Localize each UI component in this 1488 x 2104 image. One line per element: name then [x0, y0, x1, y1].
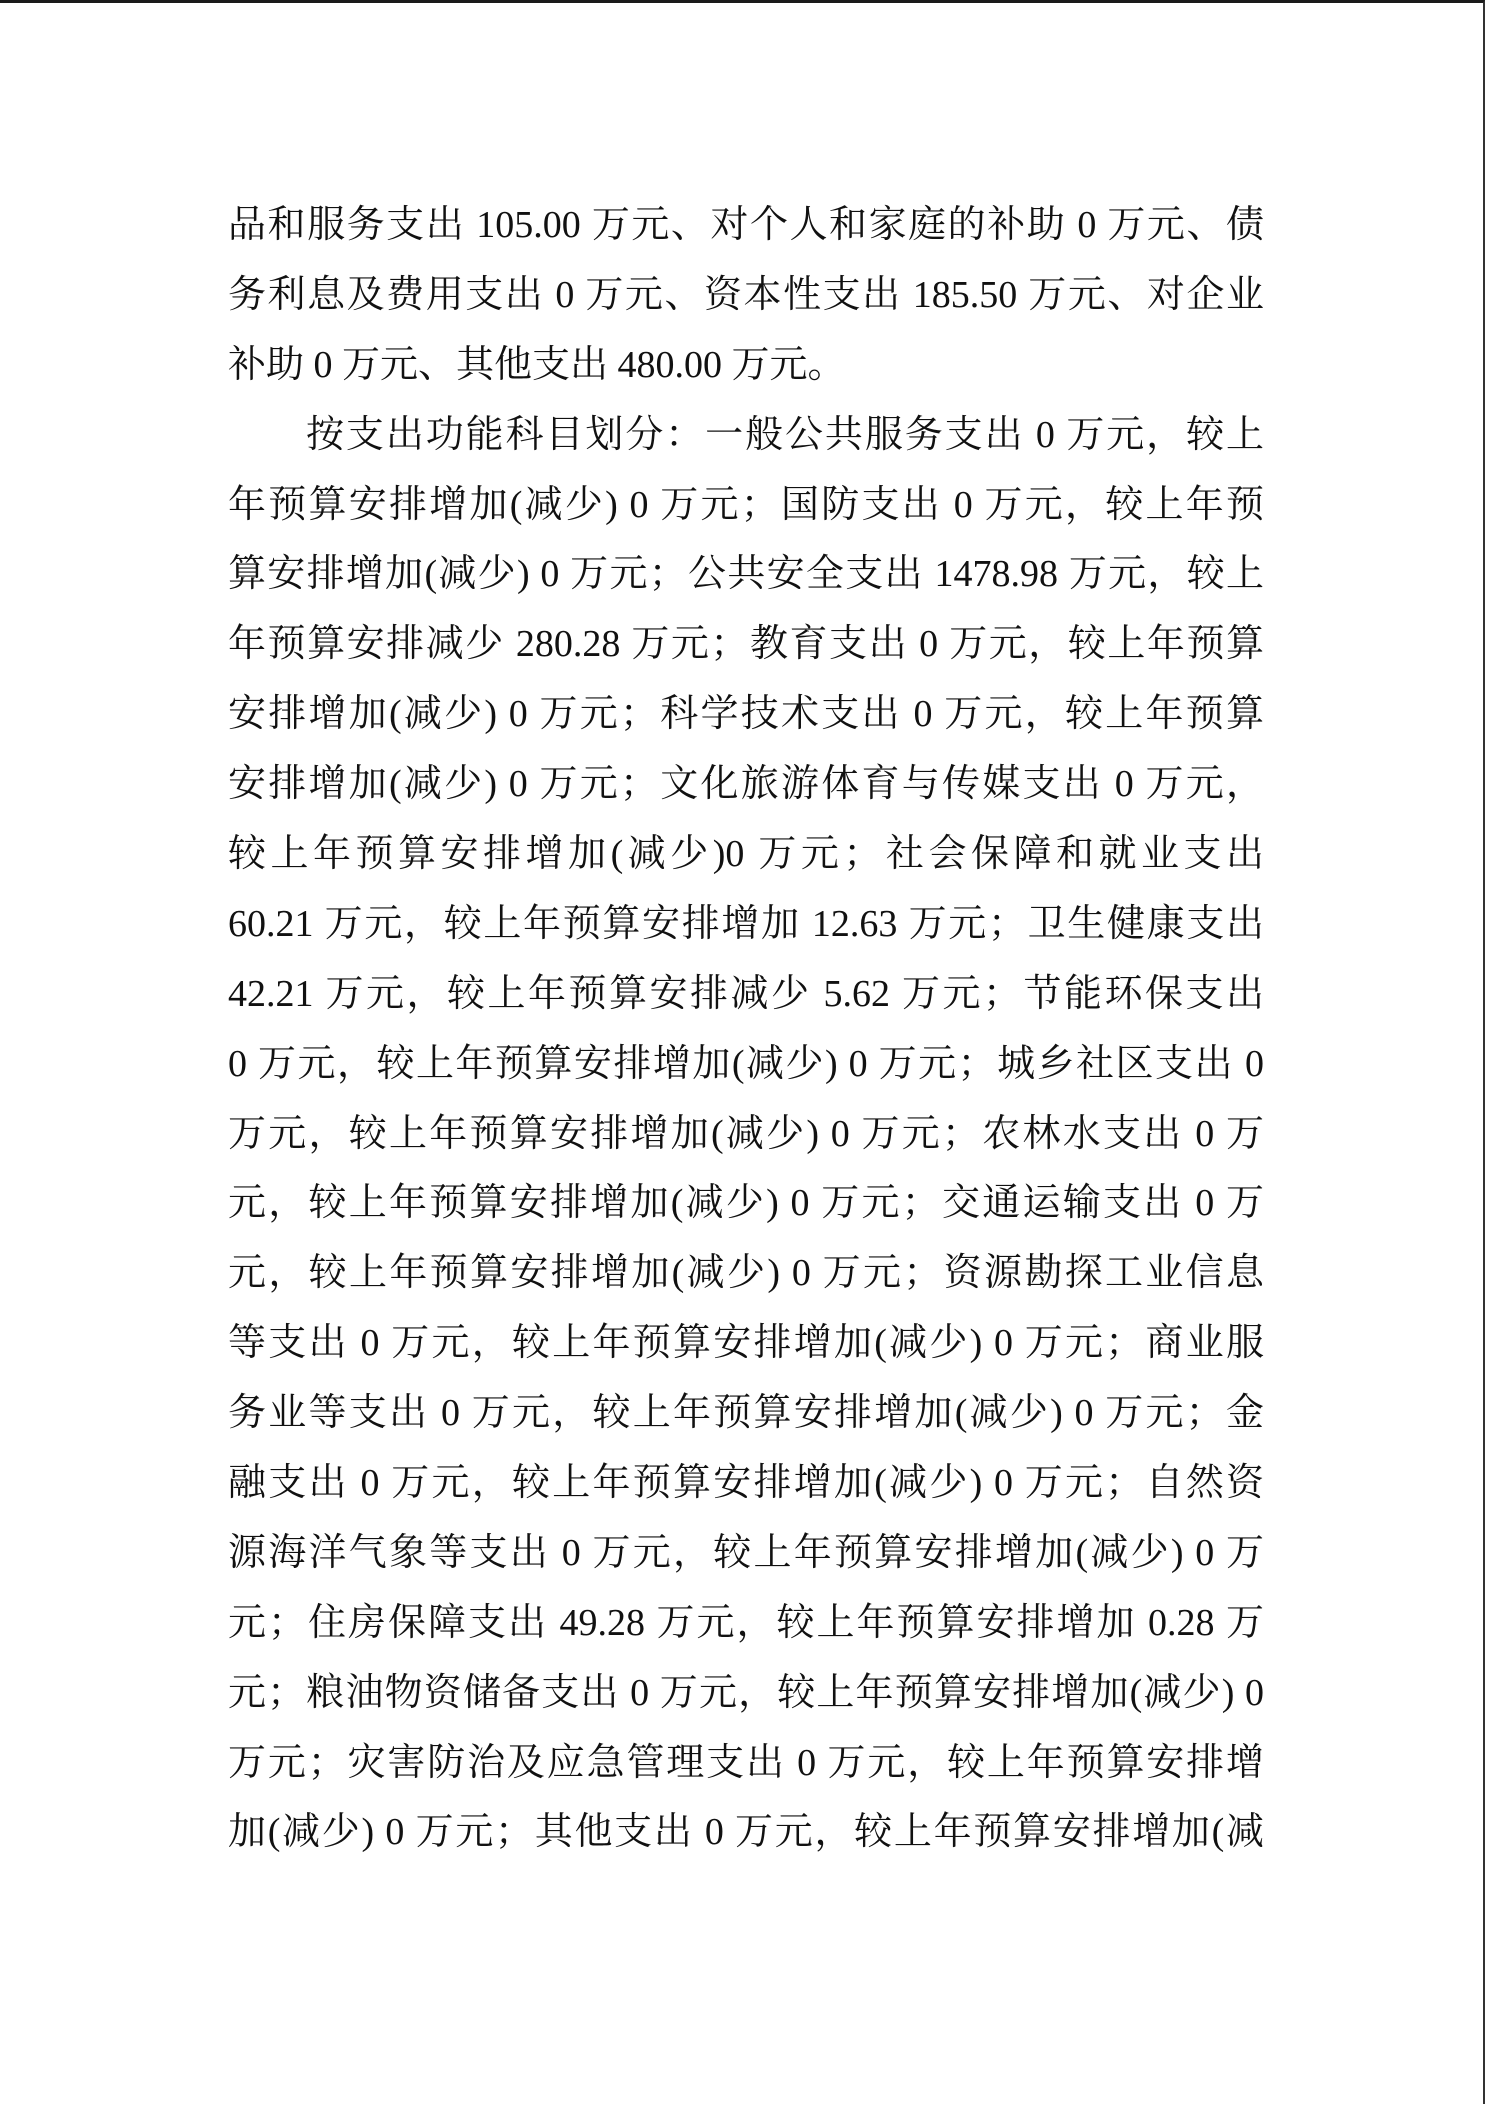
- text-line: 源海洋气象等支出 0 万元，较上年预算安排增加(减少) 0 万: [228, 1527, 1264, 1597]
- text-line: 务利息及费用支出 0 万元、资本性支出 185.50 万元、对企业: [228, 269, 1264, 339]
- text-line: 安排增加(减少) 0 万元；文化旅游体育与传媒支出 0 万元，: [228, 758, 1264, 828]
- text-line: 务业等支出 0 万元，较上年预算安排增加(减少) 0 万元；金: [228, 1387, 1264, 1457]
- text-line: 0 万元，较上年预算安排增加(减少) 0 万元；城乡社区支出 0: [228, 1038, 1264, 1108]
- text-line: 按支出功能科目划分：一般公共服务支出 0 万元，较上: [228, 409, 1264, 479]
- text-line: 万元，较上年预算安排增加(减少) 0 万元；农林水支出 0 万: [228, 1108, 1264, 1178]
- document-page: 品和服务支出 105.00 万元、对个人和家庭的补助 0 万元、债 务利息及费用…: [0, 0, 1485, 2104]
- paragraph-economic-classification: 品和服务支出 105.00 万元、对个人和家庭的补助 0 万元、债 务利息及费用…: [228, 199, 1264, 409]
- text-line: 万元；灾害防治及应急管理支出 0 万元，较上年预算安排增: [228, 1737, 1264, 1807]
- text-line: 42.21 万元，较上年预算安排减少 5.62 万元；节能环保支出: [228, 968, 1264, 1038]
- text-line: 等支出 0 万元，较上年预算安排增加(减少) 0 万元；商业服: [228, 1317, 1264, 1387]
- text-line: 年预算安排增加(减少) 0 万元；国防支出 0 万元，较上年预: [228, 479, 1264, 549]
- paragraph-functional-classification: 按支出功能科目划分：一般公共服务支出 0 万元，较上 年预算安排增加(减少) 0…: [228, 409, 1264, 1877]
- text-line: 元，较上年预算安排增加(减少) 0 万元；交通运输支出 0 万: [228, 1177, 1264, 1247]
- text-line: 元；住房保障支出 49.28 万元，较上年预算安排增加 0.28 万: [228, 1597, 1264, 1667]
- text-line: 元，较上年预算安排增加(减少) 0 万元；资源勘探工业信息: [228, 1247, 1264, 1317]
- text-line: 60.21 万元，较上年预算安排增加 12.63 万元；卫生健康支出: [228, 898, 1264, 968]
- document-body: 品和服务支出 105.00 万元、对个人和家庭的补助 0 万元、债 务利息及费用…: [228, 199, 1264, 1876]
- text-line: 算安排增加(减少) 0 万元；公共安全支出 1478.98 万元，较上: [228, 548, 1264, 618]
- text-line: 年预算安排减少 280.28 万元；教育支出 0 万元，较上年预算: [228, 618, 1264, 688]
- text-line: 品和服务支出 105.00 万元、对个人和家庭的补助 0 万元、债: [228, 199, 1264, 269]
- text-line: 较上年预算安排增加(减少)0 万元；社会保障和就业支出: [228, 828, 1264, 898]
- text-line: 安排增加(减少) 0 万元；科学技术支出 0 万元，较上年预算: [228, 688, 1264, 758]
- text-line: 融支出 0 万元，较上年预算安排增加(减少) 0 万元；自然资: [228, 1457, 1264, 1527]
- text-line: 元；粮油物资储备支出 0 万元，较上年预算安排增加(减少) 0: [228, 1667, 1264, 1737]
- text-line: 加(减少) 0 万元；其他支出 0 万元，较上年预算安排增加(减: [228, 1806, 1264, 1876]
- text-line: 补助 0 万元、其他支出 480.00 万元。: [228, 339, 1264, 409]
